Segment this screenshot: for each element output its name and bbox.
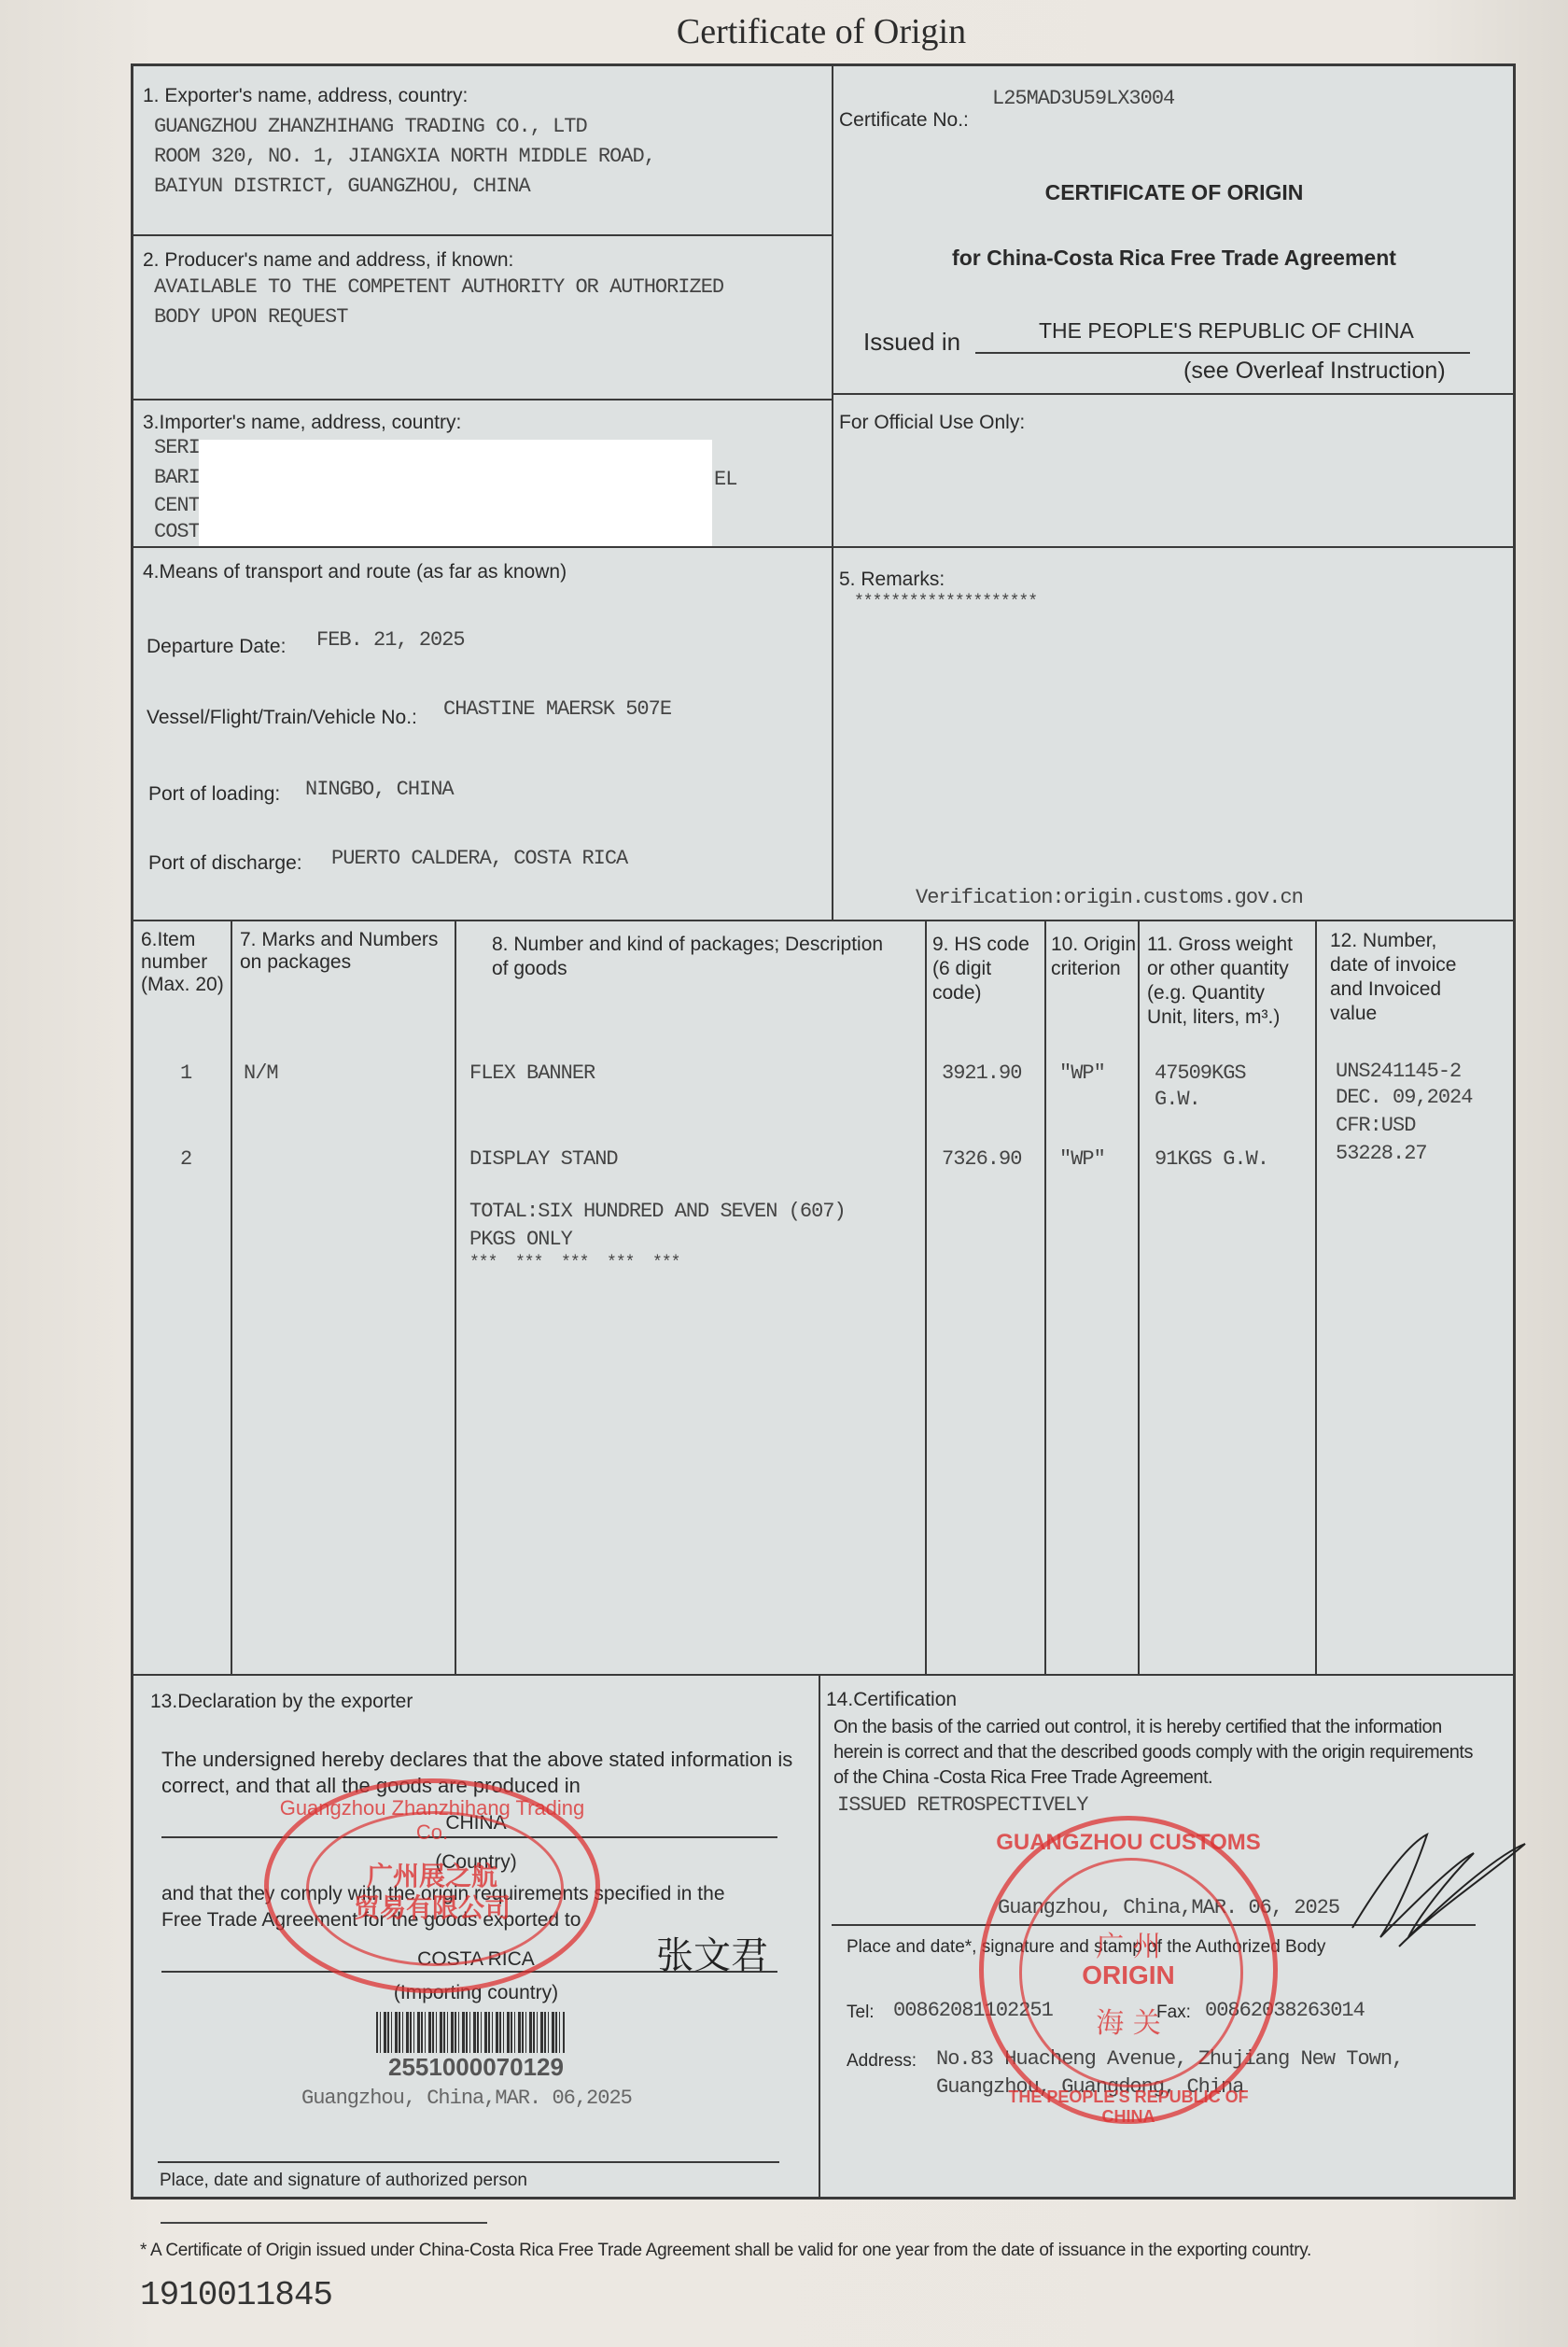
departure-date: FEB. 21, 2025 [316,628,465,652]
importer-fragment: BARI [154,466,200,489]
issued-retrospectively: ISSUED RETROSPECTIVELY [837,1793,1087,1817]
total-line: TOTAL:SIX HUNDRED AND SEVEN (607) [469,1200,846,1223]
stamp-text: ORIGIN [984,1961,1273,1990]
header-hs: 9. HS code(6 digitcode) [932,933,1029,1005]
row-item: 2 [180,1147,191,1171]
box2-label: 2. Producer's name and address, if known… [143,249,513,272]
importer-fragment: CENT [154,494,200,517]
invoice-line: 53228.27 [1336,1142,1427,1165]
box13-label: 13.Declaration by the exporter [150,1691,413,1713]
tel-label: Tel: [847,2003,875,2023]
redaction-box [199,440,712,546]
stamp-text: 贸易有限公司 [269,1888,595,1925]
box1-label: 1. Exporter's name, address, country: [143,85,468,107]
stamp-text: GUANGZHOU CUSTOMS [984,1830,1273,1856]
importer-fragment: COST [154,520,200,543]
box3-importer: 3.Importer's name, address, country: SER… [133,399,832,546]
row-hs: 3921.90 [942,1061,1021,1085]
box14-label: 14.Certification [826,1689,957,1711]
row-item: 1 [180,1061,191,1085]
box4-label: 4.Means of transport and route (as far a… [143,561,567,583]
company-stamp: Guangzhou Zhanzhihang Trading Co. 广州展之航 … [264,1778,600,1993]
cert-no-label: Certificate No.: [839,109,969,132]
box3-label: 3.Importer's name, address, country: [143,412,461,434]
row-origin: "WP" [1059,1147,1105,1171]
header-description: 8. Number and kind of packages; Descript… [492,933,883,981]
producer-line: AVAILABLE TO THE COMPETENT AUTHORITY OR … [154,275,723,299]
col-marks: 7. Marks and Numberson packages N/M [231,921,455,1674]
box2-producer: 2. Producer's name and address, if known… [133,234,832,399]
row-description: DISPLAY STAND [469,1147,618,1171]
page-title: Certificate of Origin [0,11,1568,52]
issued-in-value: THE PEOPLE'S REPUBLIC OF CHINA [1039,318,1414,344]
row-origin: "WP" [1059,1061,1105,1085]
stamp-text: 广 州 [984,1923,1273,1964]
overleaf-note: (see Overleaf Instruction) [1183,358,1446,385]
certificate-form: 1. Exporter's name, address, country: GU… [131,63,1516,2199]
exporter-line: ROOM 320, NO. 1, JIANGXIA NORTH MIDDLE R… [154,145,655,168]
total-line: *** *** *** *** *** [469,1254,679,1272]
row-marks: N/M [244,1061,278,1085]
loading-label: Port of loading: [148,783,280,806]
box14-certification: 14.Certification On the basis of the car… [819,1674,1513,2197]
invoice-line: CFR:USD [1336,1114,1415,1137]
invoice-line: DEC. 09,2024 [1336,1086,1472,1109]
loading-port: NINGBO, CHINA [305,778,454,801]
exporter-line: BAIYUN DISTRICT, GUANGZHOU, CHINA [154,175,530,198]
exporter-line: GUANGZHOU ZHANZHIHANG TRADING CO., LTD [154,115,587,138]
exporter-signature: 张文君 [656,1926,768,1979]
col-invoice: 12. Number,date of invoiceand Invoicedva… [1315,921,1513,1674]
row-description: FLEX BANNER [469,1061,595,1085]
header-item: 6.Itemnumber(Max. 20) [141,929,224,996]
invoice-line: UNS241145-2 [1336,1060,1461,1083]
header-origin: 10. Origincriterion [1051,933,1136,981]
box1-exporter: 1. Exporter's name, address, country: GU… [133,66,832,234]
stamp-text: 海 关 [984,2000,1273,2041]
certificate-header: Certificate No.: L25MAD3U59LX3004 CERTIF… [832,66,1513,393]
official-use-box: For Official Use Only: [832,393,1513,546]
cert-no: L25MAD3U59LX3004 [992,87,1174,110]
cert-subheading: for China-Costa Rica Free Trade Agreemen… [833,246,1515,271]
discharge-port: PUERTO CALDERA, COSTA RICA [331,847,627,870]
certification-text: On the basis of the carried out control,… [833,1715,1473,1791]
vessel-value: CHASTINE MAERSK 507E [443,697,671,721]
exporter-place-date: Guangzhou, China,MAR. 06,2025 [301,2087,632,2110]
discharge-label: Port of discharge: [148,852,302,875]
col-origin: 10. Origincriterion "WP" "WP" [1044,921,1138,1674]
total-line: PKGS ONLY [469,1228,572,1251]
header-weight: 11. Gross weightor other quantity(e.g. Q… [1147,933,1293,1030]
stamp-text: THE PEOPLE'S REPUBLIC OF CHINA [984,2087,1273,2127]
barcode [376,2012,565,2053]
header-marks: 7. Marks and Numberson packages [240,929,438,974]
serial-number: 1910011845 [140,2276,332,2314]
vessel-label: Vessel/Flight/Train/Vehicle No.: [147,707,417,729]
official-use-label: For Official Use Only: [839,412,1025,434]
footnote: * A Certificate of Origin issued under C… [140,2241,1311,2261]
row-weight: 91KGS G.W. [1155,1147,1268,1171]
box13-declaration: 13.Declaration by the exporter The under… [133,1674,819,2197]
box13-footer: Place, date and signature of authorized … [160,2171,527,2191]
official-signature-icon [1343,1825,1530,1956]
row-hs: 7326.90 [942,1147,1021,1171]
stamp-text: Guangzhou Zhanzhihang Trading Co. [269,1796,595,1845]
remarks-label: 5. Remarks: [839,569,945,591]
verification-url: Verification:origin.customs.gov.cn [916,886,1303,909]
barcode-number: 2551000070129 [133,2053,819,2082]
issued-in-label: Issued in [863,328,960,357]
cert-heading: CERTIFICATE OF ORIGIN [833,180,1515,205]
importer-fragment: EL [714,468,736,491]
importer-fragment: SERI [154,436,200,459]
col-hs-code: 9. HS code(6 digitcode) 3921.90 7326.90 [925,921,1044,1674]
address-label: Address: [847,2051,917,2072]
departure-label: Departure Date: [147,636,286,658]
col-weight: 11. Gross weightor other quantity(e.g. Q… [1138,921,1315,1674]
header-invoice: 12. Number,date of invoiceand Invoicedva… [1330,929,1456,1026]
producer-line: BODY UPON REQUEST [154,305,347,329]
goods-table: 6.Itemnumber(Max. 20) 1 2 7. Marks and N… [133,920,1513,1674]
col-description: 8. Number and kind of packages; Descript… [455,921,925,1674]
row-weight: G.W. [1155,1088,1200,1111]
customs-stamp: GUANGZHOU CUSTOMS 广 州 ORIGIN 海 关 THE PEO… [979,1816,1278,2124]
row-weight: 47509KGS [1155,1061,1246,1085]
col-item: 6.Itemnumber(Max. 20) 1 2 [133,921,231,1674]
box5-remarks: 5. Remarks: ******************** Verific… [832,546,1513,920]
remarks-value: ******************** [854,593,1037,611]
box4-transport: 4.Means of transport and route (as far a… [133,546,832,920]
